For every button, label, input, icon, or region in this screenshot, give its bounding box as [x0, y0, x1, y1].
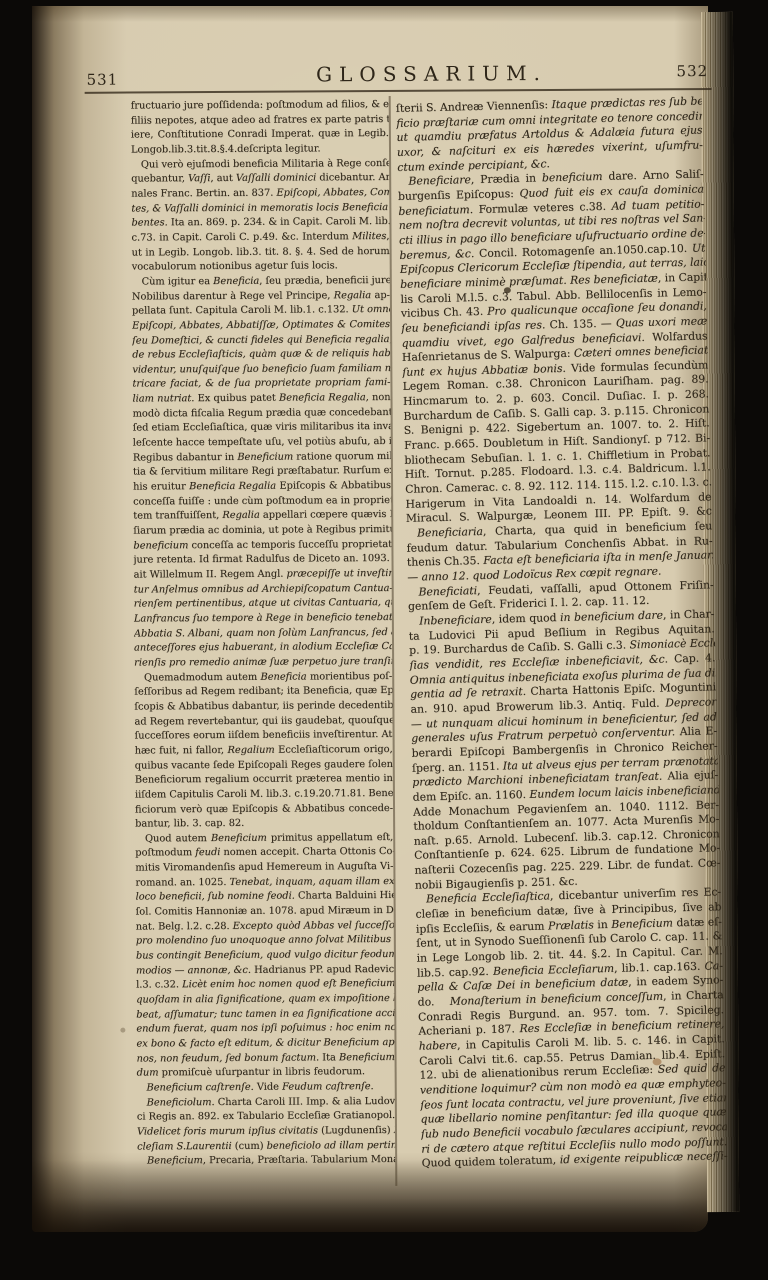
text-line: jure retenta. Id firmat Radulfus de Dice…	[133, 552, 391, 568]
text-line: nales Franc. Bertin. an. 837. Epiſcopi, …	[131, 186, 389, 202]
text-line: mitis Viromandenſis apud Hemereum in Aug…	[135, 860, 393, 876]
header-rule	[85, 88, 712, 94]
ink-blot	[504, 287, 511, 293]
text-line: Beneficiorum regalium occurrit præterea …	[135, 772, 393, 788]
paper-stain	[653, 1058, 662, 1065]
text-line: rienſem pertinentibus, atque ut civitas …	[134, 596, 392, 612]
text-line: Epiſcopi, Abbates, Abbatiſſæ, Optimates …	[132, 318, 390, 334]
text-line: Regibus dabantur in Beneficium ratione q…	[133, 450, 391, 466]
text-line: ait Willelmum II. Regem Angl. præcepiſſe…	[134, 567, 392, 583]
text-line: endum fuerat, quam nos ipſi poſuimus : h…	[136, 1021, 394, 1037]
text-line: c.73. in Capit. Caroli C. p.49. &c. Inte…	[131, 230, 389, 246]
text-line: Cùm igitur ea Beneficia, ſeu prædia, ben…	[132, 274, 390, 290]
text-line: pellata ſunt. Capitula Caroli M. lib.1. …	[132, 303, 390, 319]
text-line: iiſdem Capitulis Caroli M. lib.3. c.19.2…	[135, 787, 393, 803]
text-line: his eruitur Beneficia Regalia Epiſcopis …	[133, 479, 391, 495]
glossarium-title: GLOSSARIUM.	[266, 61, 596, 87]
text-line: ci Regis an. 892. ex Tabulario Eccleſiæ …	[137, 1109, 395, 1125]
text-line: bus contingit Beneficium, quod vulgo dic…	[136, 948, 394, 964]
text-line: ſcopis & Abbatibus dabantur, iis perinde…	[134, 699, 392, 715]
text-line: ſiarum prædia ac dominia, ut pote à Regi…	[133, 523, 391, 539]
text-line: quoſdam in alia ſignificatione, quam ex …	[136, 992, 394, 1008]
text-line: Qui verò ejuſmodi beneficia Militaria à …	[131, 157, 389, 173]
page-content: 531 GLOSSARIUM. 532 fructuario jure poſſ…	[0, 0, 768, 1280]
book-scan: { "header": { "left_page_number": "531",…	[0, 0, 768, 1280]
text-line: beat, aſſumatur; tunc tamen in ea ſignif…	[136, 1007, 394, 1023]
text-line: liam nutriat. Ex quibus patet Beneficia …	[132, 391, 390, 407]
text-line: ficiorum verò quæ Epiſcopis & Abbatibus …	[135, 801, 393, 817]
text-line: vocabulorum notionibus agetur ſuis locis…	[132, 259, 390, 275]
text-line: ſeu Domeſtici, & cuncti fideles qui Bene…	[132, 332, 390, 348]
text-line: modios — annonæ, &c. Hadrianus PP. apud …	[136, 963, 394, 979]
text-line: hæc fuit, ni fallor, Regalium Eccleſiaſt…	[135, 743, 393, 759]
text-line: Quod autem Beneficium primitus appellatu…	[135, 831, 393, 847]
left-text-column: fructuario jure poſſidenda: poſtmodum ad…	[131, 98, 396, 1169]
text-line: tur Anſelmus omnibus ad Archiepiſcopatum…	[134, 582, 392, 598]
text-line: tem tranſfuiſſent, Regalia appellari cœp…	[133, 508, 391, 524]
text-line: ſeſſoribus ad Regem redibant; ita Benefi…	[134, 684, 392, 700]
text-line: ſol. Comitis Hannoniæ an. 1078. apud Mir…	[136, 904, 394, 920]
text-line: fructuario jure poſſidenda: poſtmodum ad…	[131, 98, 389, 114]
text-line: rienſis pro remedio animæ ſuæ perpetuo j…	[134, 655, 392, 671]
text-line: iere, Conſtitutione Conradi Imperat. quæ…	[131, 127, 389, 143]
text-line: conceſſa fuiſſe : unde cùm poſtmodum ea …	[133, 494, 391, 510]
text-line: l.3. c.32. Licèt enim hoc nomen quod eſt…	[136, 977, 394, 993]
text-line: nat. Belg. l.2. c.28. Excepto quòd Abbas…	[136, 919, 394, 935]
text-line: Beneficium, Precaria, Præſtaria. Tabular…	[137, 1153, 395, 1169]
text-line: ex bono & facto eſt editum, & dicitur Be…	[136, 1036, 394, 1052]
text-line: tes, & Vaſſalli dominici in memoratis lo…	[131, 201, 389, 217]
text-line: Longob.lib.3.tit.8.§.4.deſcripta legitur…	[131, 142, 389, 158]
text-line: Lanfrancus ſuo tempore à Rege in benefic…	[134, 611, 392, 627]
text-line: Beneficium caſtrenſe. Vide Feudum caſtre…	[137, 1080, 395, 1096]
text-line: videntur, unuſquiſque ſuo beneficio ſuam…	[132, 362, 390, 378]
text-line: poſtmodum feudi nomen accepit. Charta Ot…	[135, 845, 393, 861]
text-line: ad Regem revertebantur, qui iis gaudebat…	[134, 714, 392, 730]
text-line: anteceſſores ejus habuerant, in alodium …	[134, 640, 392, 656]
text-line: nos, non feudum, ſed bonum factum. Ita B…	[137, 1051, 395, 1067]
text-line: de rebus Eccleſiaſticis, quàm quæ & de r…	[132, 347, 390, 363]
text-line: bentes. Ita an. 869. p. 234. & in Capit.…	[131, 215, 389, 231]
text-line: Videlicet foris murum ipſius civitatis (…	[137, 1124, 395, 1140]
text-line: filiis nepotes, atque adeo ad fratres ex…	[131, 113, 389, 129]
right-text-column: ſterii S. Andreæ Viennenſis: Itaque præd…	[396, 94, 728, 1171]
page-number-right: 532	[676, 62, 708, 80]
text-line: ſed etiam Eccleſiaſtica, quæ viris milit…	[133, 420, 391, 436]
text-line: ſucceſſores eorum iiſdem beneficiis inve…	[135, 728, 393, 744]
text-line: ut in Legib. Longob. lib.3. tit. 8. §. 4…	[132, 245, 390, 261]
text-line: pro molendino ſuo unoquoque anno ſolvat …	[136, 933, 394, 949]
page-number-left: 531	[87, 71, 119, 89]
paper-stain	[120, 1028, 125, 1033]
text-line: quebantur, Vaſſi, aut Vaſſalli dominici …	[131, 171, 389, 187]
text-line: Quemadmodum autem Beneficia morientibus …	[134, 670, 392, 686]
text-line: modò dicta fiſcalia Regum prædia quæ con…	[133, 406, 391, 422]
text-line: tricare faciat, & de ſua proprietate pro…	[132, 376, 390, 392]
text-line: cleſiam S.Laurentii (cum) beneficiolo ad…	[137, 1139, 395, 1155]
text-line: romand. an. 1025. Tenebat, inquam, aquam…	[135, 875, 393, 891]
text-line: quibus vacante ſede Epiſcopali Reges gau…	[135, 757, 393, 773]
text-line: leſcente hacce tempeſtate uſu, vel potiù…	[133, 435, 391, 451]
text-line: bantur, lib. 3. cap. 82.	[135, 816, 393, 832]
text-line: Nobilibus darentur à Rege vel Principe, …	[132, 288, 390, 304]
text-line: loco beneficii, ſub nomine feodi. Charta…	[136, 889, 394, 905]
text-line: beneficium conceſſa ac temporis ſucceſſu…	[133, 538, 391, 554]
text-line: Beneficiolum. Charta Caroli III. Imp. & …	[137, 1095, 395, 1111]
text-line: dum promiſcuè uſurpantur in libris feudo…	[137, 1065, 395, 1081]
text-line: tia & ſervitium militare Regi præſtabatu…	[133, 464, 391, 480]
text-line: Abbatia S. Albani, quam non ſolùm Lanfra…	[134, 626, 392, 642]
